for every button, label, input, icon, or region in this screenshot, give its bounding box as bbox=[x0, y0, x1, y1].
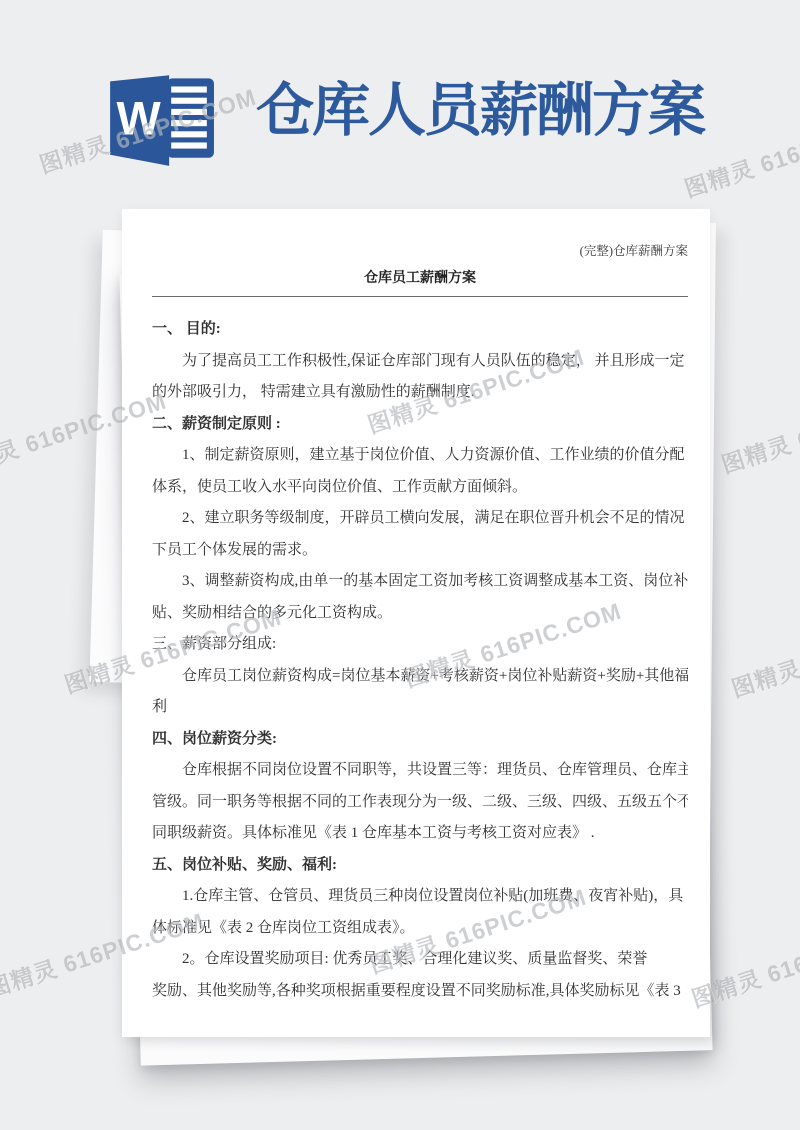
doc-line: 下员工个体发展的需求。 bbox=[152, 535, 688, 567]
doc-line: 1、制定薪资原则，建立基于岗位价值、人力资源价值、工作业绩的价值分配 bbox=[152, 440, 688, 472]
doc-line: 1.仓库主管、仓管员、理货员三种岗位设置岗位补贴(加班费、夜宵补贴)，具 bbox=[152, 881, 688, 913]
header-rule bbox=[152, 296, 688, 297]
document-corner-note: (完整)仓库薪酬方案 bbox=[152, 243, 688, 259]
page-title: 仓库人员薪酬方案 bbox=[256, 80, 726, 142]
doc-line: 体系，使员工收入水平向岗位价值、工作贡献方面倾斜。 bbox=[152, 472, 688, 504]
doc-line: 2。仓库设置奖励项目: 优秀员工奖、合理化建议奖、质量监督奖、荣誉 bbox=[152, 944, 688, 976]
doc-line: 四、岗位薪资分类: bbox=[152, 724, 688, 756]
doc-line: 仓库员工岗位薪资构成=岗位基本薪资+考核薪资+岗位补贴薪资+奖励+其他福 bbox=[152, 661, 688, 693]
doc-line: 仓库根据不同岗位设置不同职等，共设置三等：理货员、仓库管理员、仓库主 bbox=[152, 755, 688, 787]
doc-line: 二、薪资制定原则 : bbox=[152, 409, 688, 441]
document-body: 一、 目的:为了提高员工工作积极性,保证仓库部门现有人员队伍的稳定， 并且形成一… bbox=[152, 314, 688, 1007]
doc-line: 的外部吸引力， 特需建立具有激励性的薪酬制度. bbox=[152, 377, 688, 409]
doc-line: 为了提高员工工作积极性,保证仓库部门现有人员队伍的稳定， 并且形成一定 bbox=[152, 346, 688, 378]
doc-line: 管级。同一职务等根据不同的工作表现分为一级、二级、三级、四级、五级五个不 bbox=[152, 787, 688, 819]
doc-line: 2、建立职务等级制度，开辟员工横向发展，满足在职位晋升机会不足的情况 bbox=[152, 503, 688, 535]
word-icon: W bbox=[104, 62, 216, 170]
doc-line: 利 bbox=[152, 692, 688, 724]
page-canvas: W 仓库人员薪酬方案 (完整)仓库薪酬方案 仓库员工薪酬方案 一、 目的:为了提… bbox=[0, 0, 800, 1130]
doc-line: 三、薪资部分组成: bbox=[152, 629, 688, 661]
doc-line: 一、 目的: bbox=[152, 314, 688, 346]
watermark-text: 图精灵 616PIC.COM bbox=[727, 603, 800, 704]
word-letter: W bbox=[117, 92, 162, 144]
doc-line: 奖励、其他奖励等,各种奖项根据重要程度设置不同奖励标准,具体奖励标见《表 3 bbox=[152, 976, 688, 1008]
document-title: 仓库员工薪酬方案 bbox=[152, 269, 688, 289]
doc-line: 贴、奖励相结合的多元化工资构成。 bbox=[152, 598, 688, 630]
doc-line: 同职级薪资。具体标准见《表 1 仓库基本工资与考核工资对应表》 . bbox=[152, 818, 688, 850]
doc-line: 五、岗位补贴、奖励、福利: bbox=[152, 850, 688, 882]
doc-line: 3、调整薪资构成,由单一的基本固定工资加考核工资调整成基本工资、岗位补 bbox=[152, 566, 688, 598]
doc-line: 体标准见《表 2 仓库岗位工资组成表》。 bbox=[152, 913, 688, 945]
watermark-text: 图精灵 616PIC.COM bbox=[717, 379, 800, 480]
document-page: (完整)仓库薪酬方案 仓库员工薪酬方案 一、 目的:为了提高员工工作积极性,保证… bbox=[122, 209, 710, 1037]
